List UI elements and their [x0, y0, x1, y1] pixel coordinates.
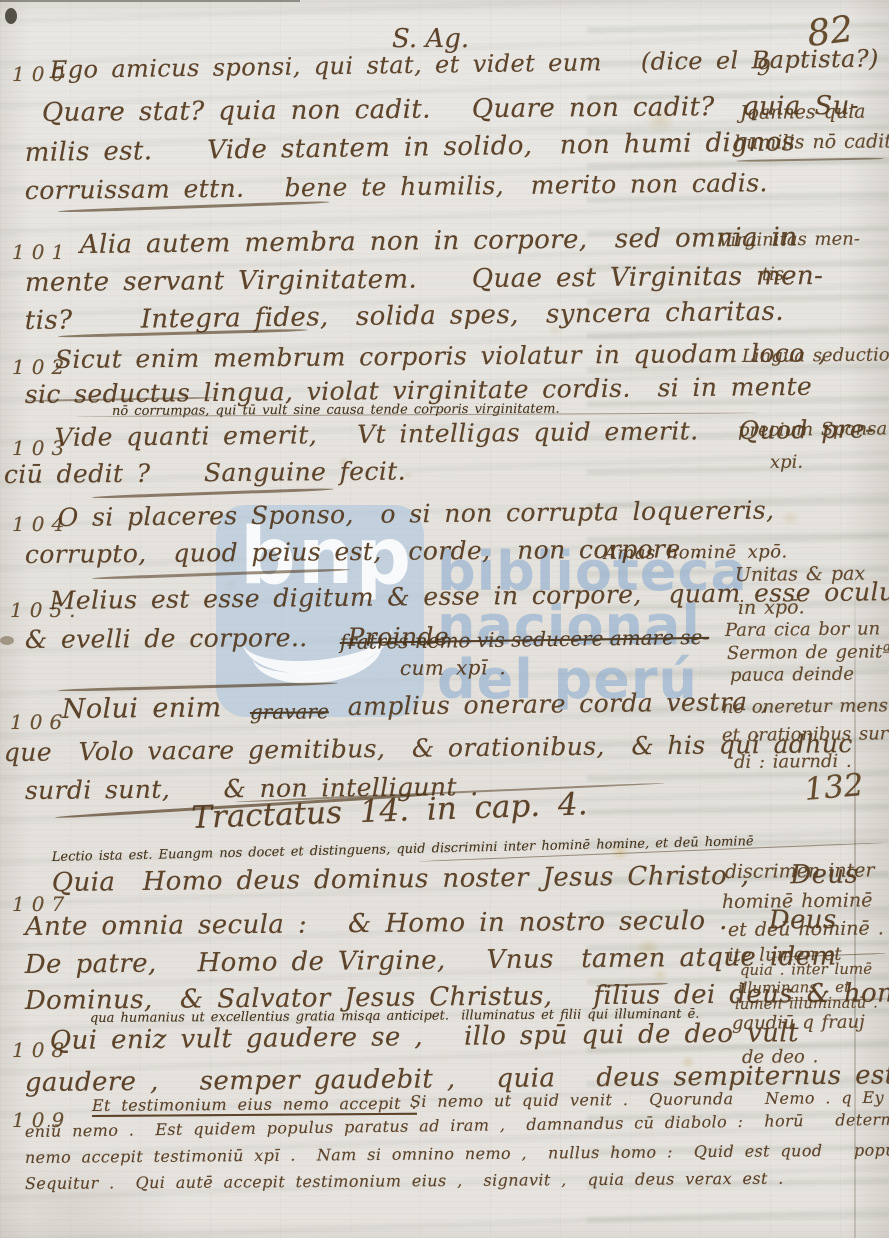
manuscript-line: Ego amicus sponsi, qui stat, et videt eu…: [50, 44, 879, 84]
manuscript-line: Qui eniz vult gaudere se , illo spū qui …: [50, 1018, 799, 1056]
margin-note: quia . inter lumē: [740, 960, 872, 979]
manuscript-page: bnp biblioteca nacional del perú S. Ag. …: [0, 0, 889, 1238]
manuscript-line: ciū dedit ? Sanguine fecit.: [4, 456, 406, 489]
manuscript-line: Si nemo ut quid venit . Quorunda Nemo . …: [410, 1088, 884, 1111]
ink-stroke: [736, 157, 884, 162]
manuscript-line: Sicut enim membrum corporis violatur in …: [55, 338, 827, 374]
manuscript-line: Ante omnia secula : & Homo in nostro sec…: [25, 905, 837, 942]
manuscript-line: milis est. Vide stantem in solido, non h…: [25, 127, 796, 168]
manuscript-line: Sequitur . Qui autē accepit testimonium …: [25, 1169, 784, 1193]
ink-stroke: [92, 488, 334, 499]
margin-note: in xpō.: [738, 596, 805, 619]
manuscript-line: tis? Integra fides, solida spes, syncera…: [25, 297, 784, 336]
margin-note: xpi.: [770, 452, 803, 473]
margin-note: gaudiū q frauj: [732, 1012, 865, 1034]
paragraph-number: 101: [12, 240, 71, 264]
margin-note: pauca deinde: [730, 664, 854, 686]
margin-note: Unitas & pax: [735, 563, 865, 586]
manuscript-line: Et testimonium eius nemo accepit .: [92, 1094, 417, 1115]
manuscript-line: corruissam ettn. bene te humilis, merito…: [25, 168, 768, 205]
margin-note: et orationibus sur: [722, 723, 889, 746]
margin-note: Joannes quia: [740, 101, 866, 124]
margin-note: Virginitas men-: [718, 229, 860, 251]
margin-note: di : iaurndi .: [734, 751, 852, 773]
manuscript-line: Amas hominē xpō.: [604, 541, 788, 564]
margin-note: Lingua seductio: [742, 344, 889, 367]
margin-note: lumen illuminatū .: [735, 994, 878, 1013]
margin-note: humilis nō cadit: [734, 130, 889, 154]
margin-note: tis.: [762, 264, 790, 285]
margin-note: hominē hominē: [722, 889, 873, 913]
manuscript-line: O si placeres Sponso, o si non corrupta …: [58, 495, 775, 532]
manuscript-line: corrupto, quod peius est, corde, non cor…: [25, 534, 703, 569]
manuscript-line: cum xpī .: [400, 655, 506, 680]
margin-note: Sermon de genitª.: [727, 641, 889, 664]
manuscript-line: nemo accepit testimoniū xpī . Nam si omn…: [25, 1140, 889, 1167]
margin-note: 9: [757, 56, 771, 81]
margin-note: Para cica bor un: [725, 618, 881, 641]
ink-blot: [0, 636, 14, 645]
ink-blot: [5, 8, 17, 24]
ink-stroke: [58, 682, 338, 692]
manuscript-line: De patre, Homo de Virgine, Vnus tamen at…: [25, 942, 837, 980]
ink-stroke: [92, 568, 350, 580]
manuscript-line: gravare: [250, 699, 329, 724]
manuscript-line: mente servant Virginitatem. Quae est Vir…: [25, 261, 824, 298]
manuscript-line: Quare stat? quia non cadit. Quare non ca…: [42, 91, 859, 128]
margin-note: et deū hominē .: [728, 917, 884, 941]
manuscript-line: Nolui enim: [62, 692, 222, 725]
margin-note: ne oneretur mens.: [722, 695, 889, 718]
manuscript-line: Lectio ista est. Euangm nos docet et dis…: [52, 834, 754, 865]
manuscript-line: amplius onerare corda vestra ,: [348, 687, 770, 721]
top-edge-shadow: [0, 0, 300, 2]
paragraph-number: 106: [10, 710, 69, 734]
section-number: 132: [803, 767, 865, 808]
margin-note: de deo .: [742, 1046, 819, 1068]
manuscript-line: Alia autem membra non in corpore, sed om…: [80, 222, 798, 260]
margin-note: precium Sponsa: [738, 418, 887, 441]
manuscript-line: fratres nemo vis seducere amare se-: [340, 625, 710, 654]
margin-note: discrimen inter: [725, 859, 875, 883]
